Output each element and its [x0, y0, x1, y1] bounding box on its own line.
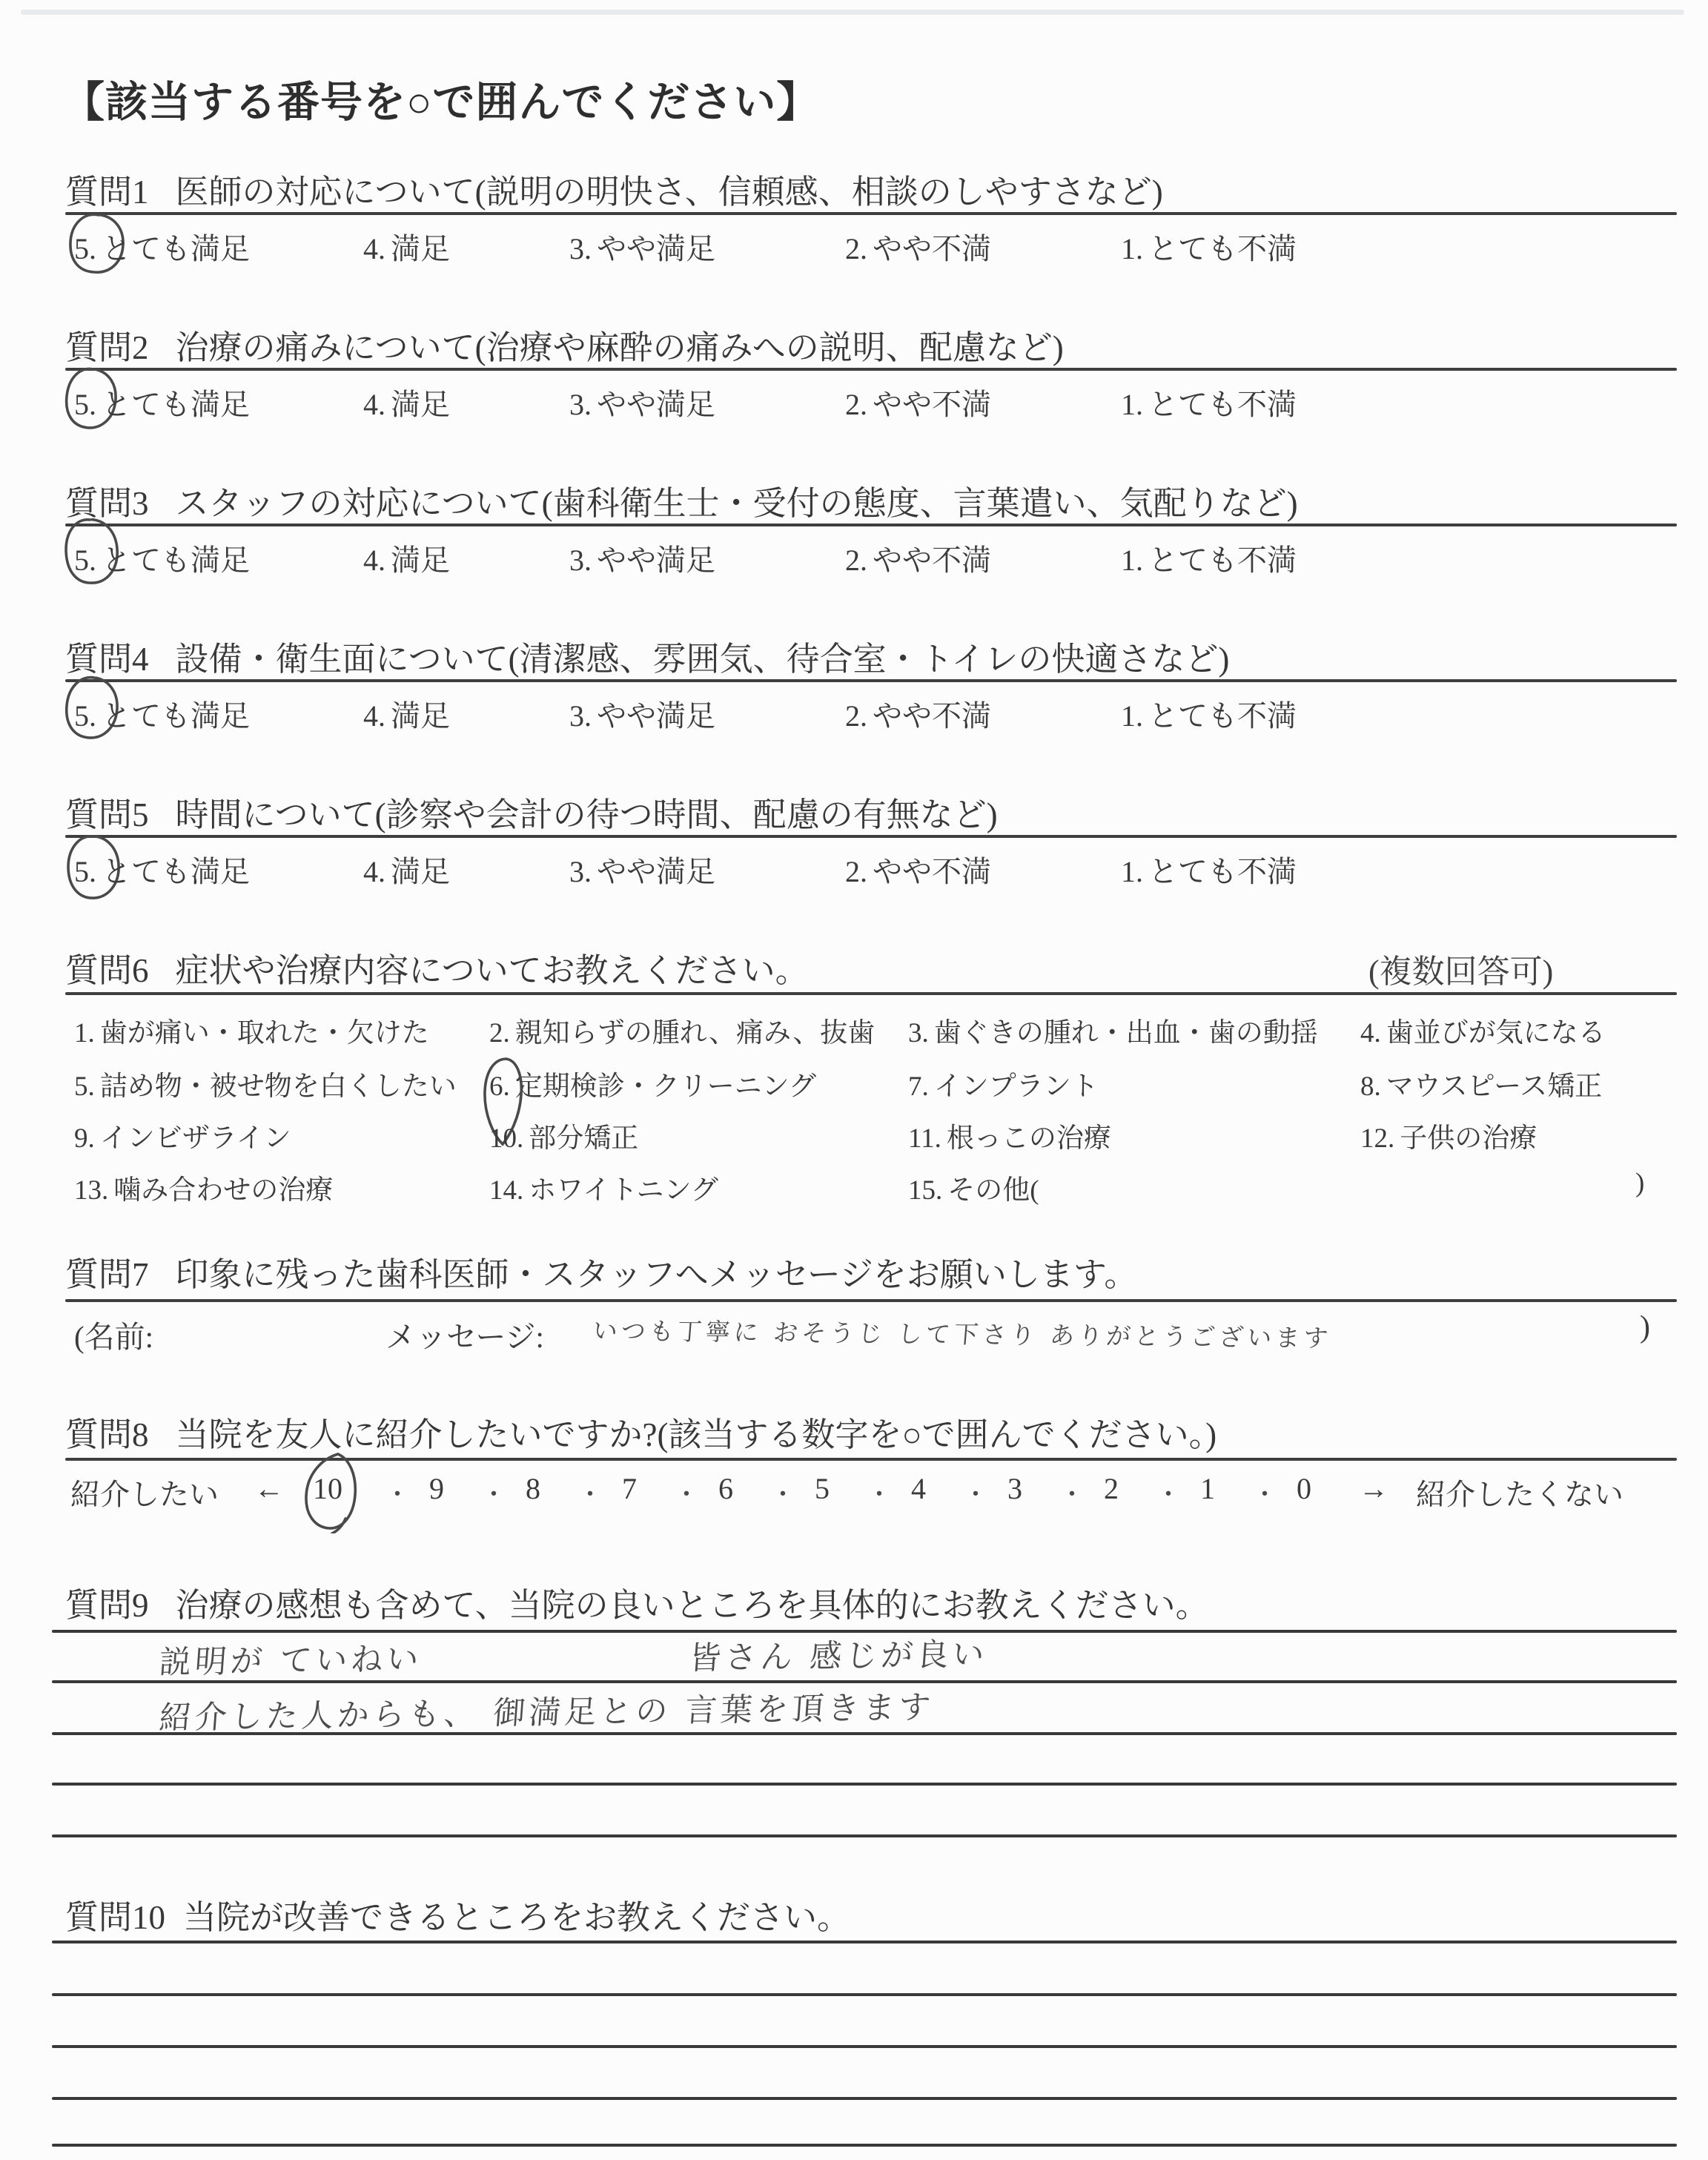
scale-1: 1 — [1200, 1471, 1215, 1506]
q6-option-15: 15.その他( — [908, 1167, 1039, 1207]
question-8-section: 質問8当院を友人に紹介したいですか?(該当する数字を○で囲んでください。) 紹介… — [65, 1407, 1677, 1556]
question-6-heading: 質問6症状や治療内容についてお教えください。 — [65, 943, 809, 991]
scale-dot: ・ — [1156, 1474, 1181, 1510]
option-number: 5. — [74, 699, 96, 733]
question-3-label: 質問3 — [65, 485, 149, 522]
scale-9: 9 — [429, 1471, 444, 1506]
option-label: 歯並びが気になる — [1386, 1018, 1606, 1048]
rating-option-5: 5.とても満足 — [74, 693, 250, 735]
q6-option-2: 2.親知らずの腫れ、痛み、抜歯 — [489, 1010, 875, 1050]
option-number: 3. — [569, 232, 592, 265]
option-label: やや不満 — [873, 544, 991, 577]
option-label: 部分矯正 — [529, 1123, 638, 1154]
rating-option-2: 2.やや不満 — [845, 693, 991, 735]
option-label: 噛み合わせの治療 — [113, 1175, 333, 1206]
option-number: 5. — [74, 855, 96, 888]
q6-option-12: 12.子供の治療 — [1360, 1115, 1537, 1155]
option-number: 4. — [363, 855, 385, 888]
option-number: 4. — [363, 699, 385, 733]
q6-other-close-paren: ) — [1635, 1167, 1644, 1199]
option-label: とても満足 — [102, 855, 250, 888]
option-number: 1. — [1121, 232, 1143, 265]
question-3-topic: スタッフの対応について(歯科衛生士・受付の態度、言葉遣い、気配りなど) — [176, 485, 1298, 522]
option-number: 1. — [74, 1018, 95, 1048]
scale-dot: ・ — [481, 1474, 506, 1510]
option-label: やや不満 — [873, 232, 991, 265]
message-field-label: メッセージ: — [385, 1312, 544, 1356]
question-8-rule — [65, 1458, 1677, 1461]
q6-option-10: 10.部分矯正 — [489, 1115, 638, 1155]
question-4-label: 質問4 — [65, 641, 149, 678]
question-10-topic: 当院が改善できるところをお教えください。 — [183, 1899, 850, 1936]
question-7-topic: 印象に残った歯科医師・スタッフへメッセージをお願いします。 — [176, 1256, 1138, 1293]
option-label: 満足 — [391, 544, 450, 577]
question-4-options: 5.とても満足 4.満足 3.やや満足 2.やや不満 1.とても不満 — [65, 693, 1677, 744]
question-4-topic: 設備・衛生面について(清潔感、雰囲気、待合室・トイレの快適さなど) — [176, 641, 1230, 678]
scale-dot: ・ — [963, 1474, 988, 1510]
option-number: 4. — [363, 232, 385, 265]
rating-option-3: 3.やや満足 — [569, 225, 715, 268]
option-number: 2. — [845, 699, 867, 733]
close-paren: ) — [1640, 1309, 1650, 1345]
option-label: インビザライン — [100, 1123, 291, 1154]
rating-option-4: 4.満足 — [363, 693, 450, 735]
option-label: 詰め物・被せ物を白くしたい — [100, 1071, 457, 1102]
rating-option-3: 3.やや満足 — [569, 848, 715, 891]
right-arrow-icon: → — [1359, 1471, 1388, 1506]
rating-option-3: 3.やや満足 — [569, 693, 715, 735]
question-9-label: 質問9 — [65, 1587, 149, 1624]
question-3-rule — [65, 524, 1677, 526]
option-number: 10. — [489, 1123, 523, 1154]
question-5-heading: 質問5時間について(診察や会計の待つ時間、配慮の有無など) — [65, 787, 998, 836]
question-4-rule — [65, 679, 1677, 682]
rating-option-4: 4.満足 — [363, 225, 450, 268]
question-1-options: 5.とても満足 4.満足 3.やや満足 2.やや不満 1.とても不満 — [65, 225, 1677, 277]
option-number: 5. — [74, 544, 96, 577]
option-number: 1. — [1121, 855, 1143, 888]
option-label: やや不満 — [873, 388, 991, 421]
q6-option-11: 11.根っこの治療 — [908, 1115, 1111, 1155]
q6-option-9: 9.インビザライン — [74, 1115, 291, 1155]
option-label: とても不満 — [1148, 232, 1297, 265]
option-number: 4. — [363, 388, 385, 421]
option-label: とても不満 — [1148, 544, 1297, 577]
scale-10: 10 — [313, 1471, 342, 1506]
form-title: 【該当する番号を○で囲んでください】 — [62, 68, 819, 129]
scale-dot: ・ — [577, 1474, 603, 1510]
question-8-heading: 質問8当院を友人に紹介したいですか?(該当する数字を○で囲んでください。) — [65, 1407, 1217, 1456]
question-4-section: 質問4設備・衛生面について(清潔感、雰囲気、待合室・トイレの快適さなど) 5.と… — [65, 632, 1677, 758]
rating-option-1: 1.とても不満 — [1121, 693, 1297, 735]
question-5-label: 質問5 — [65, 796, 149, 833]
answer-line — [52, 2045, 1677, 2048]
scale-8: 8 — [526, 1471, 540, 1506]
option-label: 歯が痛い・取れた・欠けた — [100, 1018, 429, 1048]
q6-option-4: 4.歯並びが気になる — [1360, 1010, 1606, 1050]
q6-option-6: 6.定期検診・クリーニング — [489, 1063, 816, 1103]
question-2-section: 質問2治療の痛みについて(治療や麻酔の痛みへの説明、配慮など) 5.とても満足 … — [65, 320, 1677, 446]
option-number: 5. — [74, 388, 96, 421]
question-9-topic: 治療の感想も含めて、当院の良いところを具体的にお教えください。 — [176, 1587, 1209, 1624]
refer-no-label: 紹介したくない — [1416, 1471, 1623, 1513]
q6-option-13: 13.噛み合わせの治療 — [74, 1167, 333, 1207]
rating-option-4: 4.満足 — [363, 848, 450, 891]
scan-artifact-band — [21, 10, 1684, 15]
scale-dot: ・ — [674, 1474, 699, 1510]
option-label: 歯ぐきの腫れ・出血・歯の動揺 — [934, 1018, 1318, 1048]
question-6-topic: 症状や治療内容についてお教えください。 — [176, 952, 809, 989]
option-label: やや満足 — [597, 699, 715, 733]
question-2-topic: 治療の痛みについて(治療や麻酔の痛みへの説明、配慮など) — [176, 329, 1064, 366]
q6-option-8: 8.マウスピース矯正 — [1360, 1063, 1602, 1103]
answer-line — [52, 2144, 1677, 2147]
question-5-topic: 時間について(診察や会計の待つ時間、配慮の有無など) — [176, 796, 998, 833]
answer-line — [52, 2097, 1677, 2100]
option-number: 8. — [1360, 1071, 1381, 1102]
rating-option-1: 1.とても不満 — [1121, 225, 1297, 268]
scanned-survey-page: 【該当する番号を○で囲んでください】 質問1医師の対応について(説明の明快さ、信… — [0, 0, 1708, 2160]
option-number: 4. — [1360, 1018, 1381, 1048]
rating-option-2: 2.やや不満 — [845, 225, 991, 268]
rating-option-1: 1.とても不満 — [1121, 381, 1297, 423]
option-label: 満足 — [391, 699, 450, 733]
option-label: やや不満 — [873, 855, 991, 888]
option-number: 13. — [74, 1175, 108, 1206]
option-label: マウスピース矯正 — [1386, 1071, 1603, 1102]
question-10-section: 質問10当院が改善できるところをお教えください。 — [65, 1890, 1677, 2157]
scale-6: 6 — [718, 1471, 733, 1506]
rating-option-2: 2.やや不満 — [845, 381, 991, 423]
question-6-label: 質問6 — [65, 952, 149, 989]
question-2-rule — [65, 368, 1677, 371]
option-number: 3. — [569, 699, 592, 733]
option-number: 2. — [489, 1018, 510, 1048]
question-10-label: 質問10 — [65, 1899, 165, 1936]
scale-0: 0 — [1297, 1471, 1311, 1506]
question-1-heading: 質問1医師の対応について(説明の明快さ、信頼感、相談のしやすさなど) — [65, 165, 1163, 213]
rating-option-2: 2.やや不満 — [845, 848, 991, 891]
option-label: とても満足 — [102, 544, 250, 577]
question-1-topic: 医師の対応について(説明の明快さ、信頼感、相談のしやすさなど) — [176, 174, 1163, 211]
question-7-label: 質問7 — [65, 1256, 149, 1293]
q6-option-1: 1.歯が痛い・取れた・欠けた — [74, 1010, 429, 1050]
answer-line — [52, 1783, 1677, 1786]
option-number: 2. — [845, 232, 867, 265]
question-7-rule — [65, 1299, 1677, 1302]
option-label: やや不満 — [873, 699, 991, 733]
option-number: 3. — [569, 388, 592, 421]
option-label: とても満足 — [102, 388, 250, 421]
question-7-section: 質問7印象に残った歯科医師・スタッフへメッセージをお願いします。 (名前: メッ… — [65, 1247, 1677, 1396]
option-label: やや満足 — [597, 232, 715, 265]
option-label: やや満足 — [597, 388, 715, 421]
option-number: 11. — [908, 1123, 941, 1154]
option-label: 子供の治療 — [1400, 1123, 1537, 1154]
rating-option-1: 1.とても不満 — [1121, 848, 1297, 891]
q6-option-5: 5.詰め物・被せ物を白くしたい — [74, 1063, 457, 1103]
option-number: 12. — [1360, 1123, 1394, 1154]
handwritten-answer-1b: 皆さん 感じが良い — [688, 1629, 990, 1679]
question-8-label: 質問8 — [65, 1416, 149, 1453]
question-4-heading: 質問4設備・衛生面について(清潔感、雰囲気、待合室・トイレの快適さなど) — [65, 632, 1229, 680]
handwritten-answer-1a: 説明が ていねい — [158, 1634, 424, 1682]
rating-option-4: 4.満足 — [363, 381, 450, 423]
question-10-heading: 質問10当院が改善できるところをお教えください。 — [65, 1890, 850, 1938]
option-number: 5. — [74, 1071, 95, 1102]
question-3-heading: 質問3スタッフの対応について(歯科衛生士・受付の態度、言葉遣い、気配りなど) — [65, 476, 1298, 524]
scale-dot: ・ — [385, 1474, 410, 1510]
option-number: 9. — [74, 1123, 95, 1154]
option-label: ホワイトニング — [529, 1175, 718, 1206]
option-label: とても不満 — [1148, 699, 1297, 733]
question-5-section: 質問5時間について(診察や会計の待つ時間、配慮の有無など) 5.とても満足 4.… — [65, 787, 1677, 914]
left-arrow-icon: ← — [254, 1471, 284, 1506]
option-label: 定期検診・クリーニング — [515, 1071, 816, 1102]
option-number: 3. — [569, 544, 592, 577]
answer-line — [52, 1993, 1677, 1996]
option-number: 15. — [908, 1175, 942, 1206]
option-number: 14. — [489, 1175, 523, 1206]
option-label: インプラント — [934, 1071, 1099, 1102]
option-number: 2. — [845, 855, 867, 888]
question-9-section: 質問9治療の感想も含めて、当院の良いところを具体的にお教えください。 説明が て… — [65, 1578, 1677, 1845]
option-label: とても不満 — [1148, 388, 1297, 421]
answer-line — [52, 1941, 1677, 1943]
option-number: 2. — [845, 388, 867, 421]
scale-5: 5 — [815, 1471, 830, 1506]
question-2-options: 5.とても満足 4.満足 3.やや満足 2.やや不満 1.とても不満 — [65, 381, 1677, 433]
option-label: 満足 — [391, 232, 450, 265]
question-5-options: 5.とても満足 4.満足 3.やや満足 2.やや不満 1.とても不満 — [65, 848, 1677, 900]
question-1-rule — [65, 212, 1677, 215]
option-label: とても満足 — [102, 232, 250, 265]
option-number: 1. — [1121, 699, 1143, 733]
q6-option-7: 7.インプラント — [908, 1063, 1099, 1103]
handwritten-answer-2: 紹介した人からも、 御満足との 言葉を頂きます — [158, 1682, 936, 1739]
option-number: 6. — [489, 1071, 510, 1102]
option-number: 4. — [363, 544, 385, 577]
question-5-rule — [65, 835, 1677, 838]
answer-line — [52, 1834, 1677, 1837]
scale-dot: ・ — [1059, 1474, 1085, 1510]
scale-4: 4 — [911, 1471, 926, 1506]
question-6-rule — [65, 992, 1677, 995]
question-9-heading: 質問9治療の感想も含めて、当院の良いところを具体的にお教えください。 — [65, 1578, 1209, 1626]
question-2-label: 質問2 — [65, 329, 149, 366]
question-8-topic: 当院を友人に紹介したいですか?(該当する数字を○で囲んでください。) — [176, 1416, 1217, 1453]
question-6-section: 質問6症状や治療内容についてお教えください。 (複数回答可) 1.歯が痛い・取れ… — [65, 943, 1677, 1225]
option-number: 2. — [845, 544, 867, 577]
option-number: 3. — [908, 1018, 929, 1048]
option-label: やや満足 — [597, 855, 715, 888]
rating-option-4: 4.満足 — [363, 537, 450, 579]
rating-option-3: 3.やや満足 — [569, 537, 715, 579]
option-label: 親知らずの腫れ、痛み、抜歯 — [515, 1018, 875, 1048]
option-label: その他( — [947, 1175, 1039, 1206]
question-3-section: 質問3スタッフの対応について(歯科衛生士・受付の態度、言葉遣い、気配りなど) 5… — [65, 476, 1677, 602]
rating-option-5: 5.とても満足 — [74, 537, 250, 579]
rating-option-2: 2.やや不満 — [845, 537, 991, 579]
scale-dot: ・ — [1252, 1474, 1277, 1510]
option-number: 1. — [1121, 388, 1143, 421]
q6-option-3: 3.歯ぐきの腫れ・出血・歯の動揺 — [908, 1010, 1318, 1050]
question-7-heading: 質問7印象に残った歯科医師・スタッフへメッセージをお願いします。 — [65, 1247, 1137, 1295]
question-1-label: 質問1 — [65, 174, 149, 211]
refer-yes-label: 紹介したい — [70, 1471, 219, 1513]
option-label: やや満足 — [597, 544, 715, 577]
option-label: 根っこの治療 — [947, 1123, 1111, 1154]
rating-option-5: 5.とても満足 — [74, 848, 250, 891]
scale-dot: ・ — [770, 1474, 795, 1510]
option-label: 満足 — [391, 388, 450, 421]
option-number: 7. — [908, 1071, 929, 1102]
option-number: 1. — [1121, 544, 1143, 577]
rating-option-5: 5.とても満足 — [74, 381, 250, 423]
scale-2: 2 — [1104, 1471, 1119, 1506]
option-label: とても満足 — [102, 699, 250, 733]
rating-option-5: 5.とても満足 — [74, 225, 250, 268]
scale-7: 7 — [622, 1471, 637, 1506]
rating-option-1: 1.とても不満 — [1121, 537, 1297, 579]
question-3-options: 5.とても満足 4.満足 3.やや満足 2.やや不満 1.とても不満 — [65, 537, 1677, 589]
scale-dot: ・ — [867, 1474, 892, 1510]
rating-option-3: 3.やや満足 — [569, 381, 715, 423]
option-number: 5. — [74, 232, 96, 265]
q6-option-14: 14.ホワイトニング — [489, 1167, 718, 1207]
scale-3: 3 — [1007, 1471, 1022, 1506]
multiple-answers-note: (複数回答可) — [1368, 945, 1553, 992]
name-field-label: (名前: — [74, 1312, 153, 1356]
option-label: とても不満 — [1148, 855, 1297, 888]
handwritten-message: いつも丁寧に おそうじ して下さり ありがとうございます — [592, 1312, 1333, 1354]
question-2-heading: 質問2治療の痛みについて(治療や麻酔の痛みへの説明、配慮など) — [65, 320, 1064, 369]
option-number: 3. — [569, 855, 592, 888]
option-label: 満足 — [391, 855, 450, 888]
question-1-section: 質問1医師の対応について(説明の明快さ、信頼感、相談のしやすさなど) 5.とても… — [65, 165, 1677, 291]
